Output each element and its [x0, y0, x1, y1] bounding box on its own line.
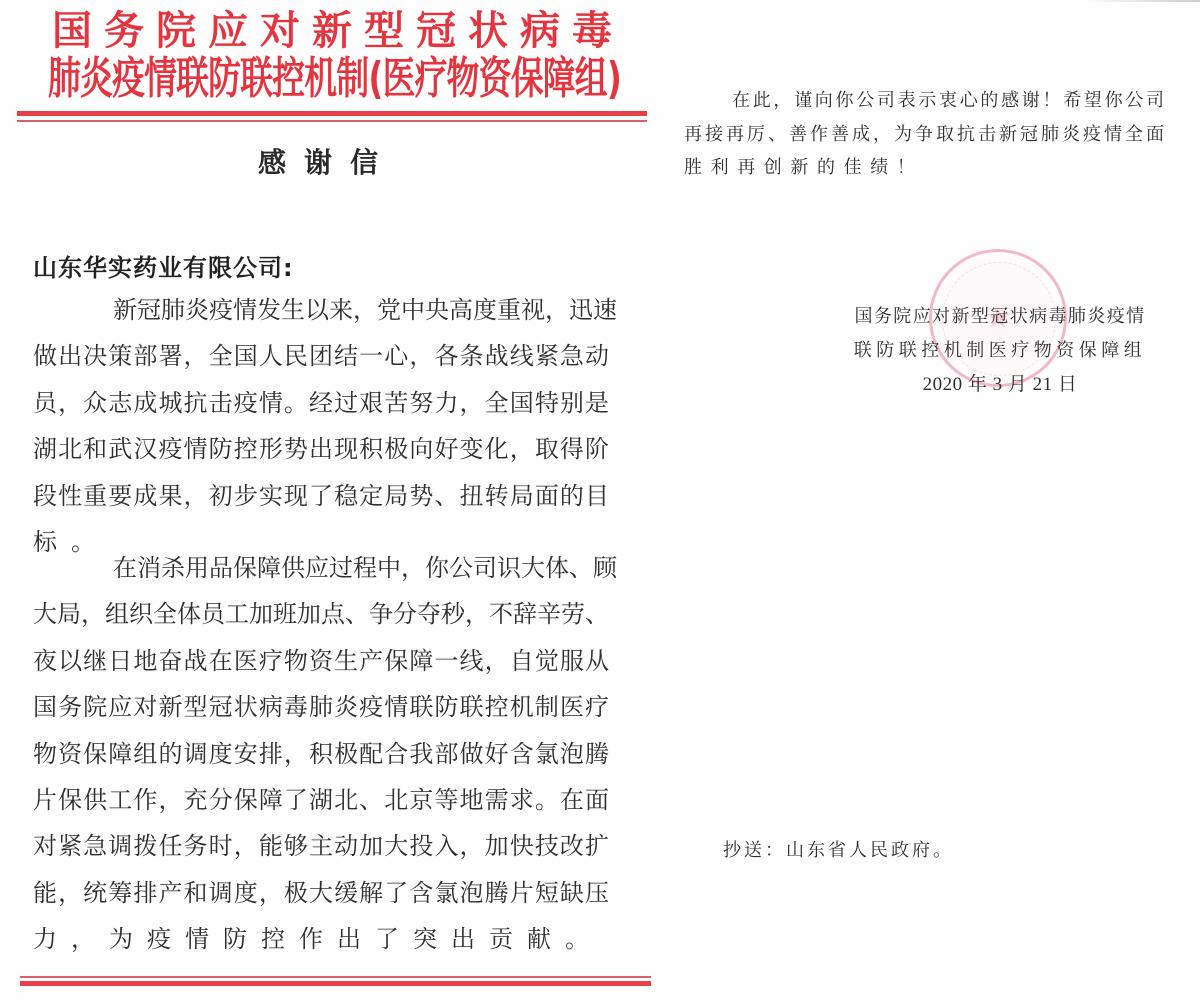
- signature-date: 2020 年 3 月 21 日: [830, 368, 1170, 402]
- letterhead-char: 病: [520, 8, 560, 54]
- text-line: 力，为疫情防控作出了突出贡献。: [33, 916, 609, 962]
- text-line: 再接再厉、善作善成，为争取抗击新冠肺炎疫情全面: [684, 118, 1164, 152]
- letterhead-line-1: 国 务 院 应 对 新 型 冠 状 病 毒: [52, 8, 612, 54]
- footer-rule-thin: [20, 976, 651, 978]
- letterhead-char: 务: [104, 8, 144, 54]
- signature-block: 国务院应对新型冠状病毒肺炎疫情 联防联控机制医疗物资保障组 2020 年 3 月…: [830, 300, 1170, 402]
- cc-line: 抄送：山东省人民政府。: [723, 836, 954, 866]
- letterhead-line-2: 肺炎疫情联防联控机制(医疗物资保障组): [48, 54, 473, 104]
- text-line: 湖北和武汉疫情防控形势出现积极向好变化，取得阶: [33, 426, 609, 472]
- letterhead-rule-thin: [17, 120, 647, 122]
- letterhead-char: 毒: [572, 8, 612, 54]
- text-line: 大局，组织全体员工加班加点、争分夺秒，不辞辛劳、: [33, 591, 609, 637]
- letter-title: 感谢信: [258, 143, 388, 183]
- letterhead-char: 国: [52, 8, 92, 54]
- text-line: 新冠肺炎疫情发生以来，党中央高度重视，迅速: [33, 287, 609, 333]
- letterhead-rule-thick: [17, 111, 647, 116]
- text-line: 员，众志成城抗击疫情。经过艰苦努力，全国特别是: [33, 380, 609, 426]
- letterhead-char: 冠: [416, 8, 456, 54]
- paragraph-2: 在消杀用品保障供应过程中，你公司识大体、顾 大局，组织全体员工加班加点、争分夺秒…: [33, 545, 609, 963]
- letterhead-char: 对: [260, 8, 300, 54]
- letterhead-char: 应: [208, 8, 248, 54]
- text-line: 段性重要成果，初步实现了稳定局势、扭转局面的目: [33, 473, 609, 519]
- scan-edge-artifact: [1085, 0, 1200, 2]
- letterhead-char: 状: [468, 8, 508, 54]
- paragraph-1: 新冠肺炎疫情发生以来，党中央高度重视，迅速 做出决策部署，全国人民团结一心，各条…: [33, 287, 609, 565]
- letterhead-char: 新: [312, 8, 352, 54]
- text-line: 片保供工作，充分保障了湖北、北京等地需求。在面: [33, 777, 609, 823]
- footer-rule-thick: [20, 981, 651, 986]
- letterhead-char: 院: [156, 8, 196, 54]
- text-line: 做出决策部署，全国人民团结一心，各条战线紧急动: [33, 333, 609, 379]
- salutation: 山东华实药业有限公司:: [33, 250, 294, 286]
- text-line: 国务院应对新型冠状病毒肺炎疫情联防联控机制医疗: [33, 684, 609, 730]
- signature-org-line-1: 国务院应对新型冠状病毒肺炎疫情: [830, 300, 1170, 334]
- text-line: 夜以继日地奋战在医疗物资生产保障一线，自觉服从: [33, 638, 609, 684]
- signature-org-line-2: 联防联控机制医疗物资保障组: [830, 334, 1170, 368]
- text-line: 胜利再创新的佳绩！: [684, 151, 1164, 185]
- text-line: 物资保障组的调度安排，积极配合我部做好含氯泡腾: [33, 731, 609, 777]
- text-line: 能，统筹排产和调度，极大缓解了含氯泡腾片短缺压: [33, 870, 609, 916]
- letterhead-char: 型: [364, 8, 404, 54]
- text-line: 在消杀用品保障供应过程中，你公司识大体、顾: [33, 545, 609, 591]
- text-line: 对紧急调拨任务时，能够主动加大投入，加快技改扩: [33, 823, 609, 869]
- paragraph-3: 在此，谨向你公司表示衷心的感谢！希望你公司 再接再厉、善作善成，为争取抗击新冠肺…: [684, 84, 1164, 185]
- text-line: 在此，谨向你公司表示衷心的感谢！希望你公司: [684, 84, 1164, 118]
